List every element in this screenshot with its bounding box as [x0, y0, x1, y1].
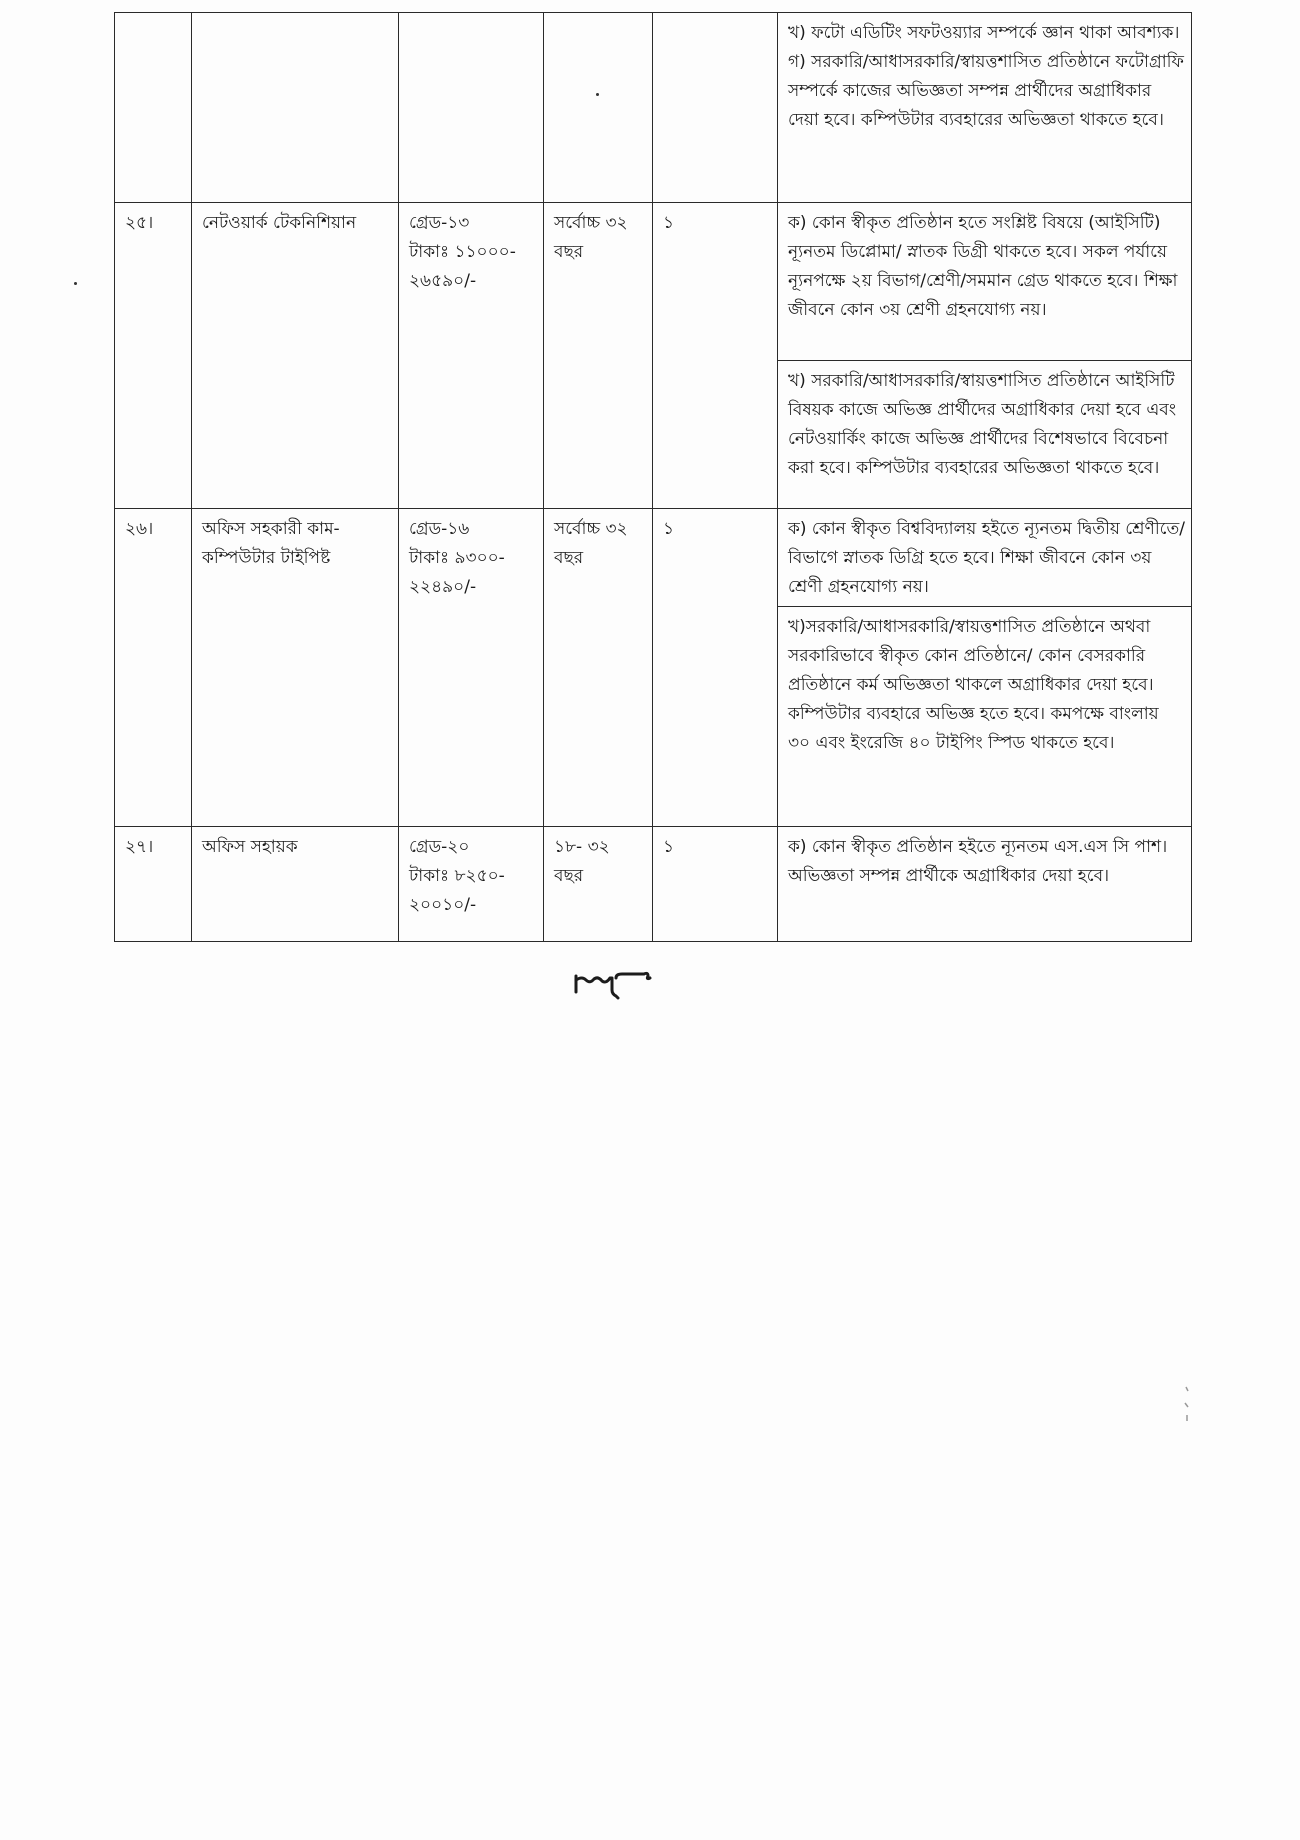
- vacancies-cell: ১: [653, 827, 778, 942]
- table-row: ২৭। অফিস সহায়ক গ্রেড-২০ টাকাঃ ৮২৫০- ২০০…: [115, 827, 1192, 942]
- vacancies-cell: [653, 13, 778, 203]
- age-limit-cell: সর্বোচ্চ ৩২ বছর: [544, 509, 653, 827]
- grade-pay-cell: গ্রেড-১৩ টাকাঃ ১১০০০- ২৬৫৯০/-: [399, 203, 544, 509]
- grade-pay-cell: [399, 13, 544, 203]
- vacancies-cell: ১: [653, 203, 778, 509]
- scan-artifact-icon: [1183, 1385, 1191, 1435]
- qualification-cell: ক) কোন স্বীকৃত প্রতিষ্ঠান হতে সংশ্লিষ্ট …: [778, 203, 1192, 361]
- qualification-cell: খ)সরকারি/আধাসরকারি/স্বায়ত্তশাসিত প্রতিষ…: [778, 607, 1192, 827]
- post-cell: অফিস সহায়ক: [192, 827, 399, 942]
- table-row: খ) ফটো এডিটিং সফটওয়্যার সম্পর্কে জ্ঞান …: [115, 13, 1192, 203]
- margin-dot: [74, 282, 77, 285]
- age-limit-cell: ১৮- ৩২ বছর: [544, 827, 653, 942]
- grade-pay-cell: গ্রেড-১৬ টাকাঃ ৯৩০০- ২২৪৯০/-: [399, 509, 544, 827]
- serial-cell: ২৭।: [115, 827, 192, 942]
- serial-cell: ২৫।: [115, 203, 192, 509]
- qualification-cell: খ) ফটো এডিটিং সফটওয়্যার সম্পর্কে জ্ঞান …: [778, 13, 1192, 203]
- stray-dot: [596, 93, 599, 96]
- serial-cell: ২৬।: [115, 509, 192, 827]
- grade-pay-cell: গ্রেড-২০ টাকাঃ ৮২৫০- ২০০১০/-: [399, 827, 544, 942]
- table-row: ২৫। নেটওয়ার্ক টেকনিশিয়ান গ্রেড-১৩ টাকা…: [115, 203, 1192, 361]
- qualification-cell: খ) সরকারি/আধাসরকারি/স্বায়ত্তশাসিত প্রতি…: [778, 361, 1192, 509]
- post-cell: [192, 13, 399, 203]
- job-requirements-table: খ) ফটো এডিটিং সফটওয়্যার সম্পর্কে জ্ঞান …: [114, 12, 1192, 942]
- signature-icon: [572, 968, 654, 1002]
- age-limit-cell: [544, 13, 653, 203]
- qualification-cell: ক) কোন স্বীকৃত বিশ্ববিদ্যালয় হইতে ন্যূন…: [778, 509, 1192, 607]
- serial-cell: [115, 13, 192, 203]
- age-limit-cell: সর্বোচ্চ ৩২ বছর: [544, 203, 653, 509]
- post-cell: অফিস সহকারী কাম- কম্পিউটার টাইপিষ্ট: [192, 509, 399, 827]
- post-cell: নেটওয়ার্ক টেকনিশিয়ান: [192, 203, 399, 509]
- qualification-cell: ক) কোন স্বীকৃত প্রতিষ্ঠান হইতে ন্যূনতম এ…: [778, 827, 1192, 942]
- table-row: ২৬। অফিস সহকারী কাম- কম্পিউটার টাইপিষ্ট …: [115, 509, 1192, 607]
- document-page: খ) ফটো এডিটিং সফটওয়্যার সম্পর্কে জ্ঞান …: [0, 0, 1300, 1840]
- vacancies-cell: ১: [653, 509, 778, 827]
